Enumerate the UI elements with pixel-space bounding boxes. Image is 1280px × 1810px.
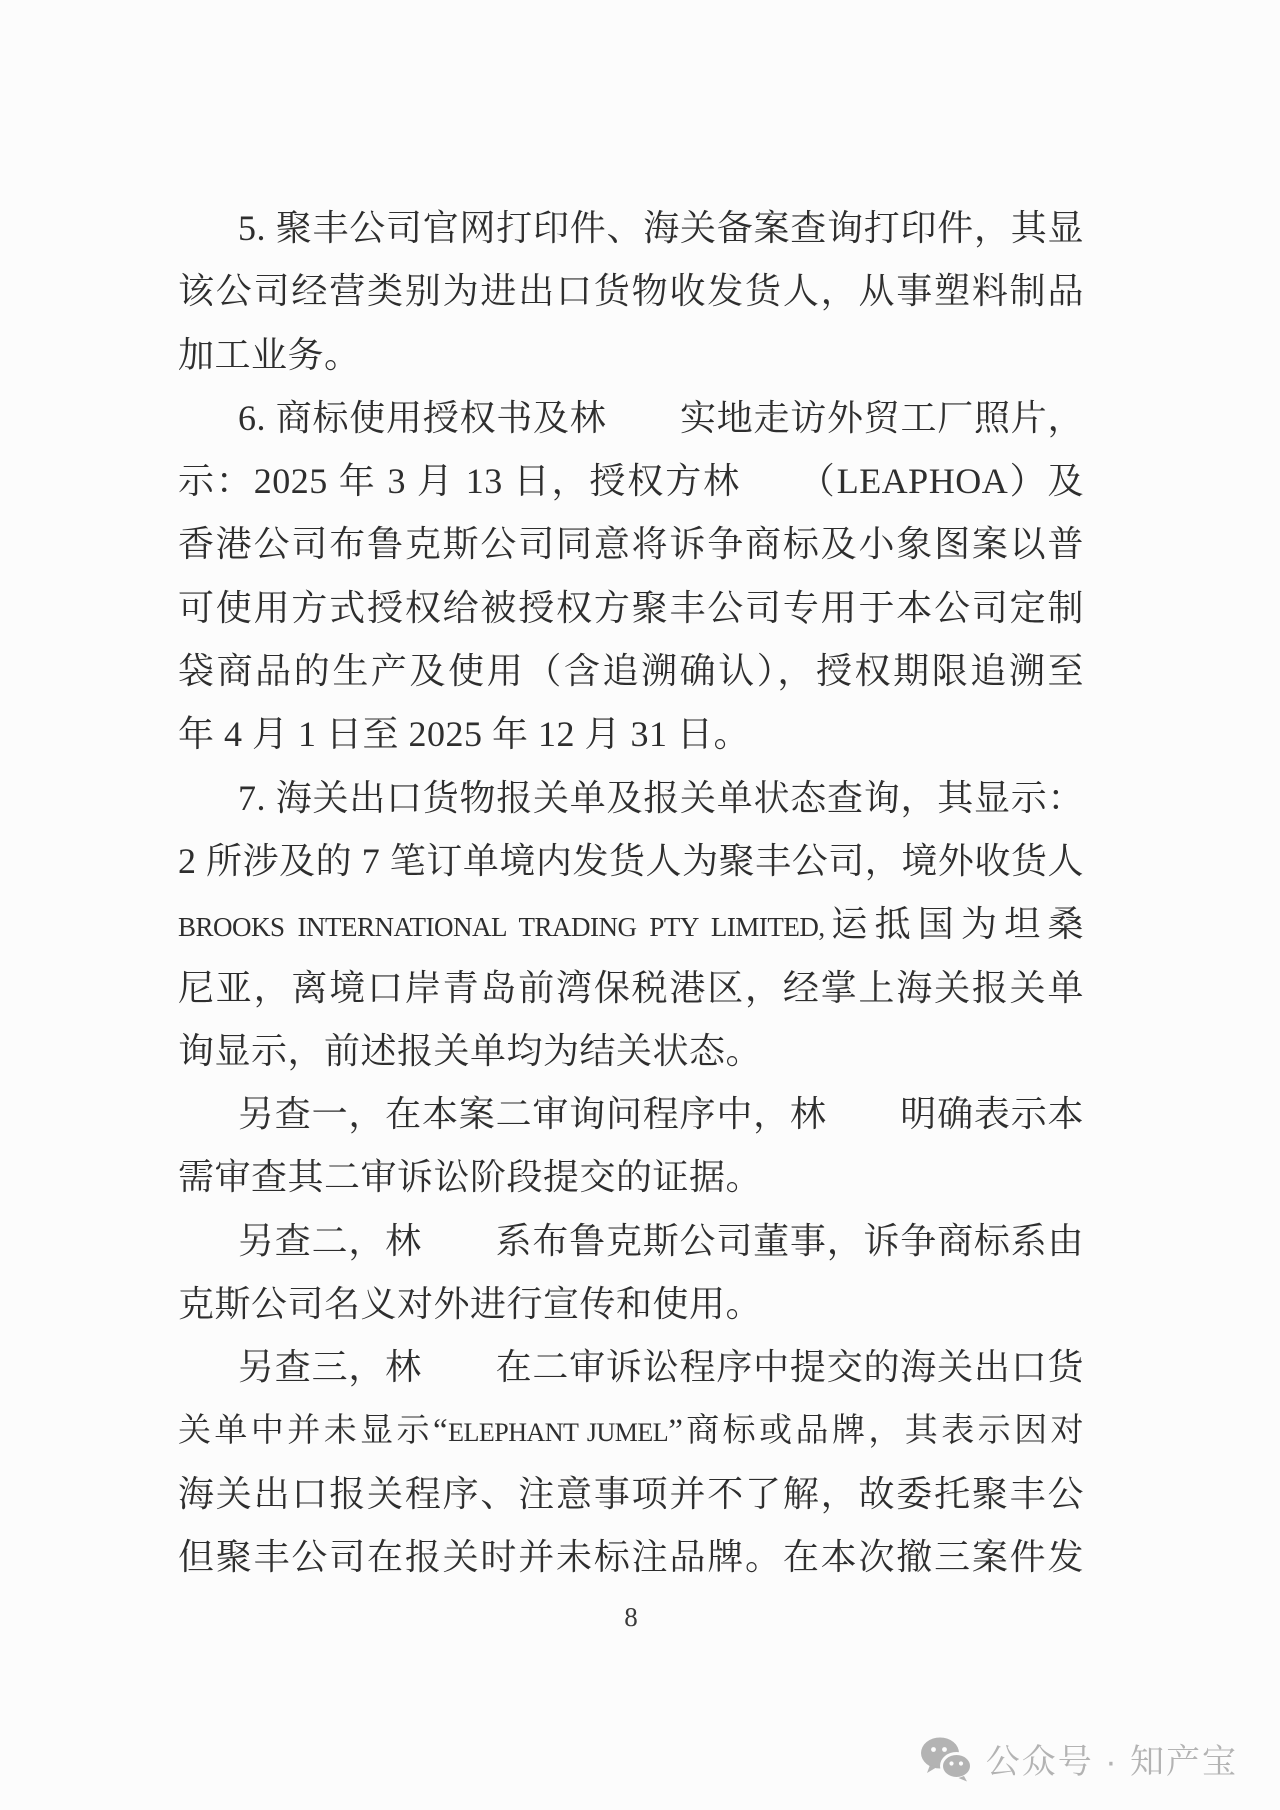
text-line: 另查一，在本案二审询问程序中，林 明确表示本案仅 [178,1083,1084,1146]
text-line: 该公司经营类别为进出口货物收发货人，从事塑料制品的进料 [178,260,1084,323]
text-line: 2 所涉及的 7 笔订单境内发货人为聚丰公司，境外收货人为 [178,830,1084,893]
cjk-text-segment: 关单中并未显示“ [178,1413,448,1449]
text-line: 尼亚，离境口岸青岛前湾保税港区，经掌上海关报关单状态查 [178,957,1084,1020]
text-line: 香港公司布鲁克斯公司同意将诉争商标及小象图案以普通许 [178,513,1084,576]
text-line: 海关出口报关程序、注意事项并不了解，故委托聚丰公司处理， [178,1463,1084,1526]
text-line: 年 4 月 1 日至 2025 年 12 月 31 日。 [178,703,1084,766]
text-line: 加工业务。 [178,324,1084,387]
text-line: 示：2025 年 3 月 13 日，授权方林 （LEAPHOA）及其名下 [178,450,1084,513]
watermark: 公众号 · 知产宝 [920,1734,1238,1783]
wechat-icon [920,1736,972,1782]
text-line: 5. 聚丰公司官网打印件、海关备案查询打印件，其显示： [178,197,1084,260]
text-line: 可使用方式授权给被授权方聚丰公司专用于本公司定制塑料 [178,577,1084,640]
text-line: 袋商品的生产及使用（含追溯确认），授权期限追溯至 2020 [178,640,1084,703]
text-line: 7. 海关出口货物报关单及报关单状态查询，其显示：证据 [178,767,1084,830]
text-line: 另查三，林 在二审诉讼程序中提交的海关出口货物报 [178,1336,1084,1399]
watermark-label: 公众号 · 知产宝 [986,1734,1238,1783]
text-line: 克斯公司名义对外进行宣传和使用。 [178,1273,1084,1336]
text-line: 但聚丰公司在报关时并未标注品牌。在本次撤三案件发生后， [178,1526,1084,1589]
text-line: 6. 商标使用授权书及林 实地走访外贸工厂照片，其显 [178,387,1084,450]
text-line: 关单中并未显示“ELEPHANT JUMEL”商标或品牌，其表示因对 [178,1400,1084,1463]
latin-text-segment: BROOKS INTERNATIONAL TRADING PTY LIMITED… [178,912,825,942]
page-number: 8 [178,1602,1084,1633]
cjk-text-segment: ”商标或品牌，其表示因对 [668,1413,1084,1449]
text-line: 询显示，前述报关单均为结关状态。 [178,1020,1084,1083]
cjk-text-segment: 运抵国为坦桑 [825,904,1084,944]
text-line: 需审查其二审诉讼阶段提交的证据。 [178,1146,1084,1209]
document-page: 5. 聚丰公司官网打印件、海关备案查询打印件，其显示： 该公司经营类别为进出口货… [0,0,1280,1810]
latin-text-segment: ELEPHANT JUMEL [448,1418,668,1447]
text-line: 另查二，林 系布鲁克斯公司董事，诉争商标系由布鲁 [178,1210,1084,1273]
page-text-block: 5. 聚丰公司官网打印件、海关备案查询打印件，其显示： 该公司经营类别为进出口货… [178,197,1084,1590]
text-line: BROOKS INTERNATIONAL TRADING PTY LIMITED… [178,893,1084,956]
